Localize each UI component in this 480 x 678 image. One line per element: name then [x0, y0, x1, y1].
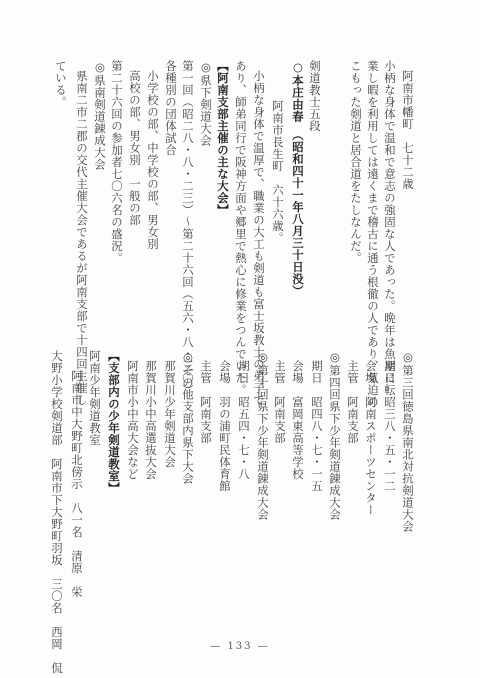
other-branch-events-title: ◎その他支部内県下大会 — [181, 350, 195, 485]
event-10th-venue: 会場 羽の浦町民体育館 — [218, 360, 232, 492]
document-page: 阿南市幡町 七十二歳 小柄な身体で温和で意志の強固な人であった。晩年は魚屋に転 … — [0, 0, 480, 678]
bio-location-age-2: 阿南市長生町 六十六歳。 — [271, 100, 285, 244]
event-10th-youth-title: ◎第十回県下少年剣道錬成大会 — [256, 350, 270, 521]
bio2-text-line-2: あり、師弟同行で阪神方面や郷里で熱心に修業をつんでいた。 — [234, 60, 248, 396]
tournament-prefectural: ◎県下剣道大会 — [199, 60, 213, 147]
person-name-honjo: ○本庄由春 （昭和四十一年八月三十日没） — [291, 60, 305, 297]
youth-class-anan: 阿南少年剣道教室 — [88, 350, 102, 446]
tournament-kennan-desc-2: ている。 — [54, 60, 68, 108]
tournament-participants: 第二十六回の参加者七〇六名の盛況。 — [110, 60, 124, 264]
event-4th-venue: 会場 富岡東高等学校 — [291, 360, 305, 480]
bio-text-line-3: こもった剣道と居合道をたしなんだ。 — [349, 60, 363, 264]
tournament-team-match: 各種別の団体試合 — [164, 60, 178, 156]
section-heading-anan-tournaments: 【阿南支部主催の主な大会】 — [216, 60, 230, 216]
event-3rd-tokushima-title: ◎第三回徳島県南北対抗剣道大会 — [401, 350, 415, 533]
other-event-2: 那賀川小中高選抜大会 — [144, 360, 158, 480]
tournament-divisions-2: 高校の部、男女別 一般の部 — [128, 70, 142, 226]
tournament-dates: 第一回（昭二八・八・二三）～第二十六回（五六・八・三〇） — [181, 60, 195, 396]
other-event-3: 阿南市小中高大会など — [126, 360, 140, 480]
tournament-kennan: ◎県南剣道錬成大会 — [93, 60, 107, 171]
youth-class-anan-details: 阿南市中大野町北傍示 八一名 清原 栄 — [70, 370, 84, 598]
other-event-1: 那賀川少年剣道大会 — [163, 360, 177, 468]
event-4th-organizer: 主管 阿南支部 — [273, 360, 287, 444]
bio-text-line-1: 小柄な身体で温和で意志の強固な人であった。晩年は魚屋に転 — [383, 60, 397, 396]
youth-class-ohno: 大野小学校剣道部 阿南市下大野町羽坂 三〇名 西岡 侃 — [50, 350, 64, 674]
bio-location-age-1: 阿南市幡町 七十二歳 — [401, 70, 415, 190]
event-3rd-organizer: 主管 阿南支部 — [346, 360, 360, 444]
event-3rd-date: 期日 昭三八・五・一二 — [383, 360, 397, 492]
event-10th-organizer: 主管 阿南支部 — [199, 360, 213, 444]
bio-text-line-2: 業し暇を利用しては遠くまで稽古に通う根徹の人であり、気迫の — [366, 60, 380, 408]
section-heading-youth-classes: 【支部内の少年剣道教室】 — [107, 350, 121, 494]
tournament-kennan-desc-1: 県南二市二郡の交代主催大会であるが阿南支部で十四回主催し — [75, 70, 89, 406]
rank-heading: 剣道教士五段 — [308, 60, 322, 132]
event-4th-date: 期日 昭四八・七・一五 — [310, 360, 324, 492]
event-10th-date: 期日 昭五四・七・八 — [237, 360, 251, 480]
tournament-divisions-1: 小学校の部、中学校の部、男女別 — [146, 70, 160, 250]
event-4th-youth-title: ◎第四回県下少年剣道錬成大会 — [328, 350, 342, 521]
event-3rd-venue: 会場 阿南スポーツセンター — [364, 360, 378, 516]
page-number: — 133 — — [0, 641, 480, 652]
